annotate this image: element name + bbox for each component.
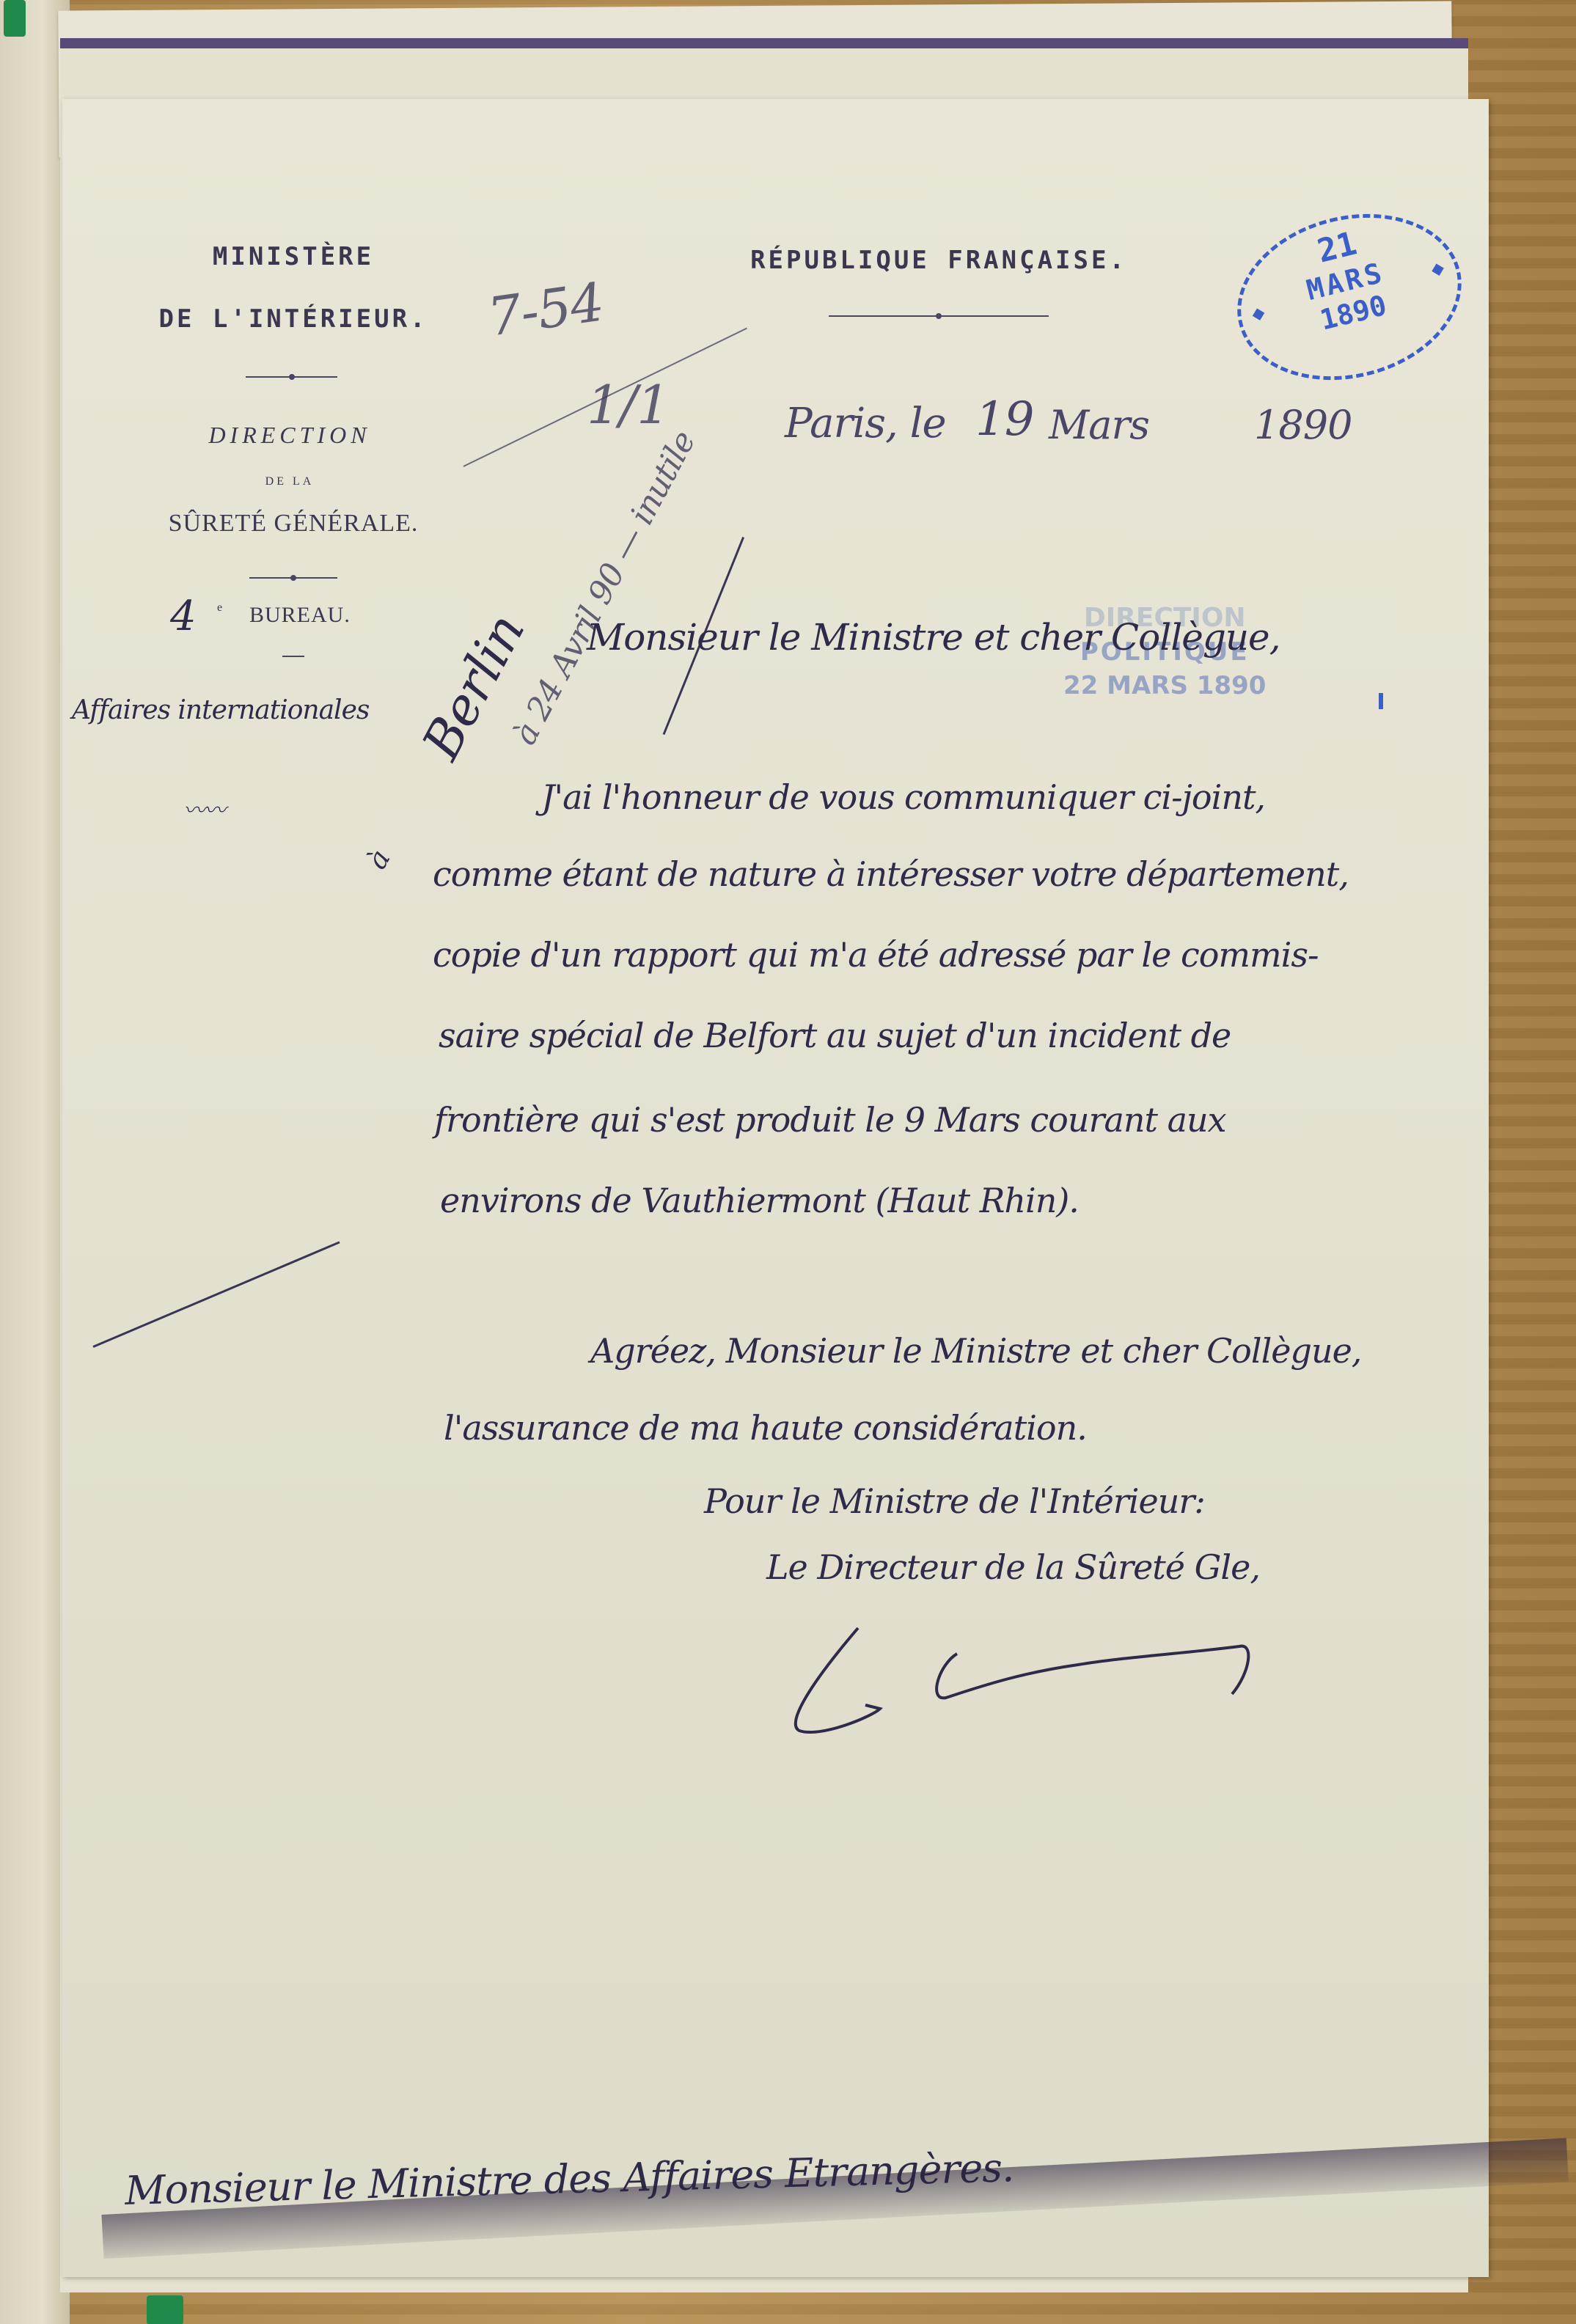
ministry-line-1: MINISTÈRE	[147, 242, 440, 271]
closing-line-2: l'assurance de ma haute considération.	[444, 1408, 1087, 1448]
short-rule	[282, 656, 304, 657]
date-year: 1890	[1254, 402, 1352, 448]
closing-line-1: Agréez, Monsieur le Ministre et cher Col…	[590, 1331, 1361, 1371]
direction-label: DIRECTION	[169, 422, 411, 449]
folder-edge	[0, 0, 70, 2324]
bureau-number: 4	[170, 593, 196, 640]
body-line-3: copie d'un rapport qui m'a été adressé p…	[433, 935, 1319, 975]
green-tab-bottom	[147, 2295, 183, 2324]
body-line-6: environs de Vauthiermont (Haut Rhin).	[440, 1181, 1079, 1220]
ornament-rule	[246, 376, 337, 378]
republic-rule	[829, 315, 1049, 317]
surete-generale-label: SÛRETÉ GÉNÉRALE.	[147, 510, 440, 538]
date-month: Mars	[1049, 402, 1149, 448]
republic-heading: RÉPUBLIQUE FRANÇAISE.	[660, 246, 1217, 275]
date-place: Paris, le	[785, 400, 946, 447]
ornament-rule-2	[249, 577, 337, 579]
stamp2-line-3: 22 MARS 1890	[1063, 669, 1266, 703]
reference-sub: 1/1	[587, 374, 670, 436]
ministry-line-2: DE L'INTÉRIEUR.	[117, 304, 469, 334]
signature-line-2: Le Directeur de la Sûreté Gle,	[766, 1547, 1260, 1587]
wavy-flourish: 〰〰	[183, 792, 224, 824]
body-line-5: frontière qui s'est produit le 9 Mars co…	[434, 1100, 1226, 1140]
bureau-label: BUREAU.	[249, 603, 351, 628]
green-tab-top	[4, 0, 26, 37]
section-handwritten: Affaires internationales	[72, 695, 369, 725]
body-line-1: J'ai l'honneur de vous communiquer ci-jo…	[541, 777, 1265, 817]
signature-line-1: Pour le Ministre de l'Intérieur:	[704, 1481, 1205, 1521]
bureau-suffix: e	[217, 601, 222, 615]
de-la-label: DE LA	[242, 475, 337, 488]
blue-ink-mark	[1379, 693, 1383, 709]
date-day: 19	[975, 392, 1033, 447]
salutation: Monsieur le Ministre et cher Collègue,	[587, 616, 1280, 659]
body-line-4: saire spécial de Belfort au sujet d'un i…	[439, 1016, 1231, 1055]
body-line-2: comme étant de nature à intéresser votre…	[433, 854, 1349, 894]
signature-scrawl	[770, 1613, 1357, 1745]
